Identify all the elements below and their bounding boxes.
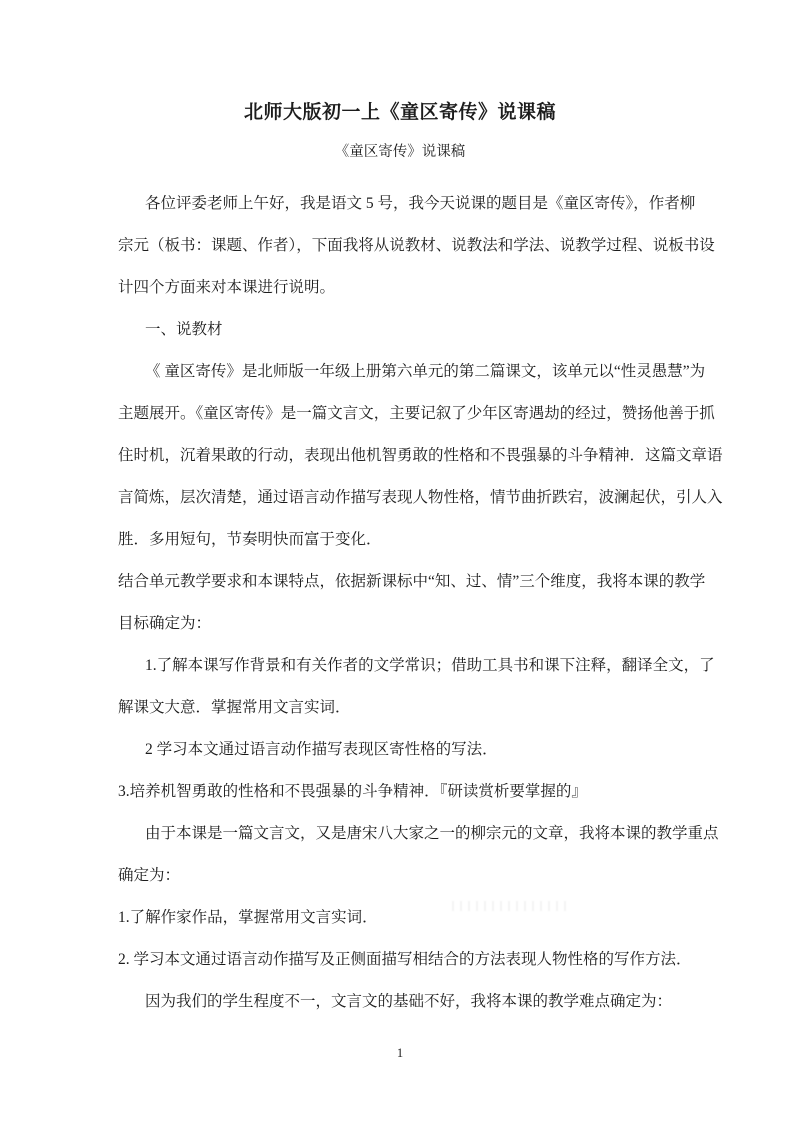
text-line: 2 学习本文通过语言动作描写表现区寄性格的写法． [118, 729, 710, 771]
document-body: 各位评委老师上午好，我是语文 5 号，我今天说课的题目是《童区寄传》，作者柳 宗… [118, 183, 710, 1023]
text-line: 解课文大意．掌握常用文言实词． [118, 687, 710, 729]
document-subtitle: 《童区寄传》说课稿 [0, 142, 800, 162]
text-line: 确定为： [118, 855, 710, 897]
text-line: 1.了解作家作品，掌握常用文言实词． [118, 897, 710, 939]
text-line: 由于本课是一篇文言文，又是唐宋八大家之一的柳宗元的文章，我将本课的教学重点 [118, 813, 710, 855]
document-title: 北师大版初一上《童区寄传》说课稿 [0, 100, 800, 126]
text-line: 主题展开。《童区寄传》是一篇文言文，主要记叙了少年区寄遇劫的经过，赞扬他善于抓 [118, 393, 710, 435]
text-line: 住时机，沉着果敢的行动，表现出他机智勇敢的性格和不畏强暴的斗争精神．这篇文章语 [118, 435, 710, 477]
text-line: 结合单元教学要求和本课特点，依据新课标中“知、过、情”三个维度，我将本课的教学 [118, 561, 710, 603]
page-number: 1 [0, 1044, 800, 1062]
text-line: 各位评委老师上午好，我是语文 5 号，我今天说课的题目是《童区寄传》，作者柳 [118, 183, 710, 225]
text-line: 言简炼，层次清楚，通过语言动作描写表现人物性格，情节曲折跌宕，波澜起伏，引人入 [118, 477, 710, 519]
text-line: 《 童区寄传》是北师版一年级上册第六单元的第二篇课文，该单元以“性灵愚慧”为 [118, 351, 710, 393]
text-line: 1.了解本课写作背景和有关作者的文学常识；借助工具书和课下注释，翻译全文，了 [118, 645, 710, 687]
text-line: 因为我们的学生程度不一，文言文的基础不好，我将本课的教学难点确定为： [118, 981, 710, 1023]
text-line: 计四个方面来对本课进行说明。 [118, 267, 710, 309]
section-heading: 一、说教材 [118, 309, 710, 351]
text-line: 胜．多用短句，节奏明快而富于变化． [118, 519, 710, 561]
text-line: 目标确定为： [118, 603, 710, 645]
text-line: 3.培养机智勇敢的性格和不畏强暴的斗争精神．『研读赏析要掌握的』 [118, 771, 710, 813]
text-line: 宗元（板书：课题、作者），下面我将从说教材、说教法和学法、说教学过程、说板书设 [118, 225, 710, 267]
text-line: 2. 学习本文通过语言动作描写及正侧面描写相结合的方法表现人物性格的写作方法． [118, 939, 710, 981]
document-page: 北师大版初一上《童区寄传》说课稿 《童区寄传》说课稿 各位评委老师上午好，我是语… [0, 0, 800, 1132]
